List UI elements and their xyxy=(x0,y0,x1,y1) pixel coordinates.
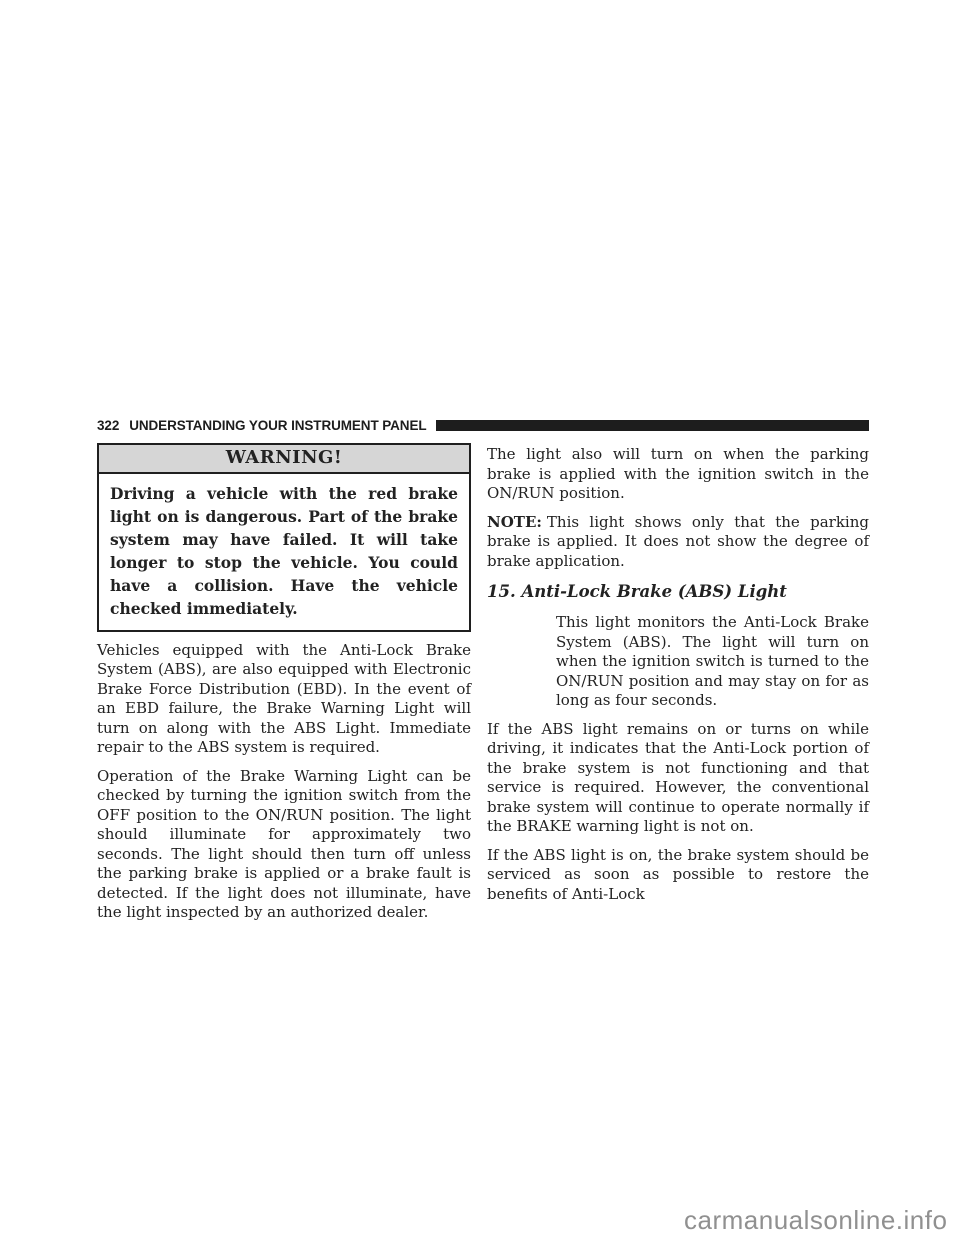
section-heading-abs-light: 15. Anti-Lock Brake (ABS) Light xyxy=(487,582,869,602)
left-column: WARNING! Driving a vehicle with the red … xyxy=(97,443,471,932)
right-column: The light also will turn on when the par… xyxy=(487,443,869,932)
chapter-title: UNDERSTANDING YOUR INSTRUMENT PANEL xyxy=(129,418,426,433)
warning-title: WARNING! xyxy=(99,445,469,474)
warning-box: WARNING! Driving a vehicle with the red … xyxy=(97,443,471,632)
manual-page: 322 UNDERSTANDING YOUR INSTRUMENT PANEL … xyxy=(0,0,960,1242)
page-header: 322 UNDERSTANDING YOUR INSTRUMENT PANEL xyxy=(97,418,869,433)
paragraph-ebd: Vehicles equipped with the Anti-Lock Bra… xyxy=(97,641,471,758)
page-number: 322 xyxy=(97,418,119,433)
note-label: NOTE: xyxy=(487,513,542,531)
paragraph-brake-light-check: Operation of the Brake Warning Light can… xyxy=(97,767,471,923)
paragraph-abs-service: If the ABS light is on, the brake system… xyxy=(487,846,869,905)
paragraph-parking-brake: The light also will turn on when the par… xyxy=(487,445,869,504)
warning-body: Driving a vehicle with the red brake lig… xyxy=(99,474,469,630)
note-text: This light shows only that the parking b… xyxy=(487,513,869,570)
note-paragraph: NOTE:This light shows only that the park… xyxy=(487,513,869,572)
paragraph-abs-remains-on: If the ABS light remains on or turns on … xyxy=(487,720,869,837)
header-rule xyxy=(436,420,870,431)
page-body: WARNING! Driving a vehicle with the red … xyxy=(97,443,869,932)
paragraph-abs-monitor: This light monitors the Anti-Lock Brake … xyxy=(487,613,869,711)
watermark: carmanualsonline.info xyxy=(684,1205,947,1235)
